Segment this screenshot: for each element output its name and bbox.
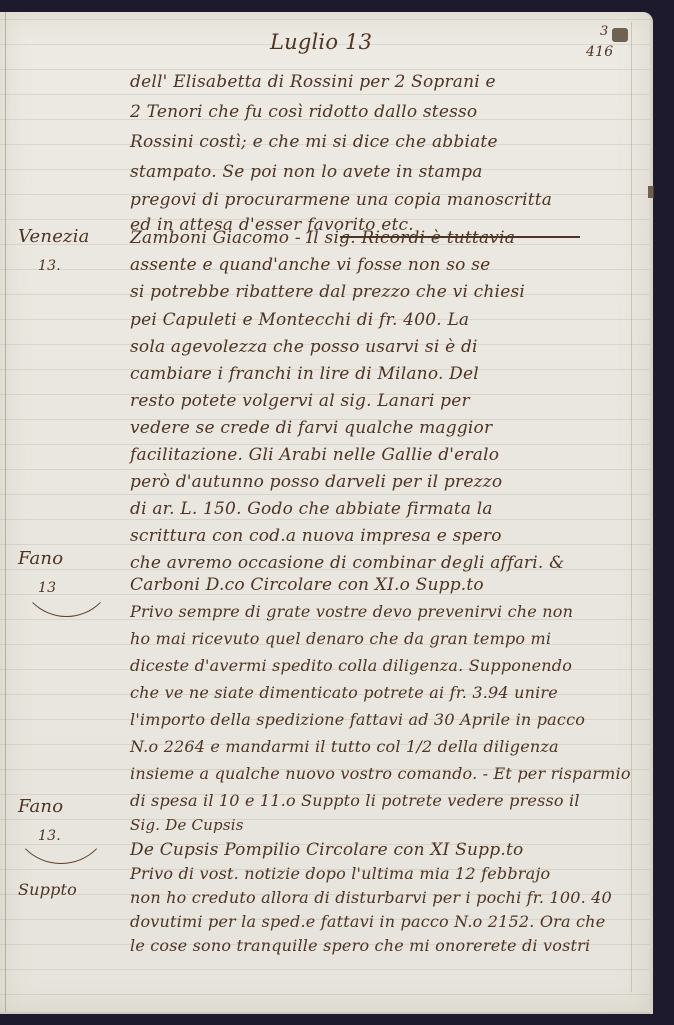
ink-stain (612, 28, 628, 42)
margin-annotation: Suppto (18, 880, 77, 899)
text-line: N.o 2264 e mandarmi il tutto col 1/2 del… (130, 737, 559, 756)
entry-heading-line: Zamboni Giacomo - Il sig. Ricordi è tutt… (130, 228, 515, 248)
text-line: Privo di vost. notizie dopo l'ultima mia… (130, 864, 550, 883)
margin-place: Venezia (18, 226, 90, 247)
text-line: non ho creduto allora di disturbarvi per… (130, 888, 612, 907)
text-line: diceste d'avermi spedito colla diligenza… (130, 656, 572, 675)
text-line: di ar. L. 150. Godo che abbiate firmata … (130, 499, 493, 519)
text-line: vedere se crede di farvi qualche maggior (130, 418, 492, 438)
folio-top: 3 (600, 24, 608, 39)
text-line: 2 Tenori che fu così ridotto dallo stess… (130, 102, 477, 122)
text-line: facilitazione. Gli Arabi nelle Gallie d'… (130, 445, 499, 465)
text-line: Privo sempre di grate vostre devo preven… (130, 602, 573, 621)
page-header-date: Luglio 13 (270, 30, 372, 54)
text-line: resto potete volgervi al sig. Lanari per (130, 391, 470, 411)
text-line: le cose sono tranquille spero che mi ono… (130, 936, 590, 955)
ink-mark (648, 186, 654, 198)
text-line: cambiare i franchi in lire di Milano. De… (130, 364, 479, 384)
margin-date: 13. (38, 258, 61, 274)
folio-number: 416 (586, 44, 613, 60)
text-line: dovutimi per la sped.e fattavi in pacco … (130, 912, 605, 931)
text-line: ho mai ricevuto quel denaro che da gran … (130, 629, 551, 648)
text-line: l'importo della spedizione fattavi ad 30… (130, 710, 585, 729)
text-line: sola agevolezza che posso usarvi si è di (130, 337, 478, 357)
text-line: pei Capuleti e Montecchi di fr. 400. La (130, 310, 469, 330)
text-line: assente e quand'anche vi fosse non so se (130, 255, 490, 275)
text-line: di spesa il 10 e 11.o Suppto li potrete … (130, 791, 580, 810)
text-line: insieme a qualche nuovo vostro comando. … (130, 764, 631, 783)
entry-heading-line: De Cupsis Pompilio Circolare con XI Supp… (130, 840, 523, 860)
margin-line (5, 12, 6, 1012)
text-line: che avremo occasione di combinar degli a… (130, 553, 564, 573)
page-edge (631, 22, 632, 992)
text-line: che ve ne siate dimenticato potrete ai f… (130, 683, 558, 702)
text-line: Rossini costì; e che mi si dice che abbi… (130, 132, 498, 152)
text-line: stampato. Se poi non lo avete in stampa (130, 162, 483, 182)
text-line: Sig. De Cupsis (130, 816, 244, 834)
text-line: dell' Elisabetta di Rossini per 2 Sopran… (130, 72, 496, 92)
text-line: scrittura con cod.a nuova impresa e sper… (130, 526, 502, 546)
entry-heading-line: Carboni D.co Circolare con XI.o Supp.to (130, 575, 484, 595)
text-line: però d'autunno posso darveli per il prez… (130, 472, 502, 492)
text-line: pregovi di procurarmene una copia manosc… (130, 190, 552, 210)
text-line: si potrebbe ribattere dal prezzo che vi … (130, 282, 525, 302)
